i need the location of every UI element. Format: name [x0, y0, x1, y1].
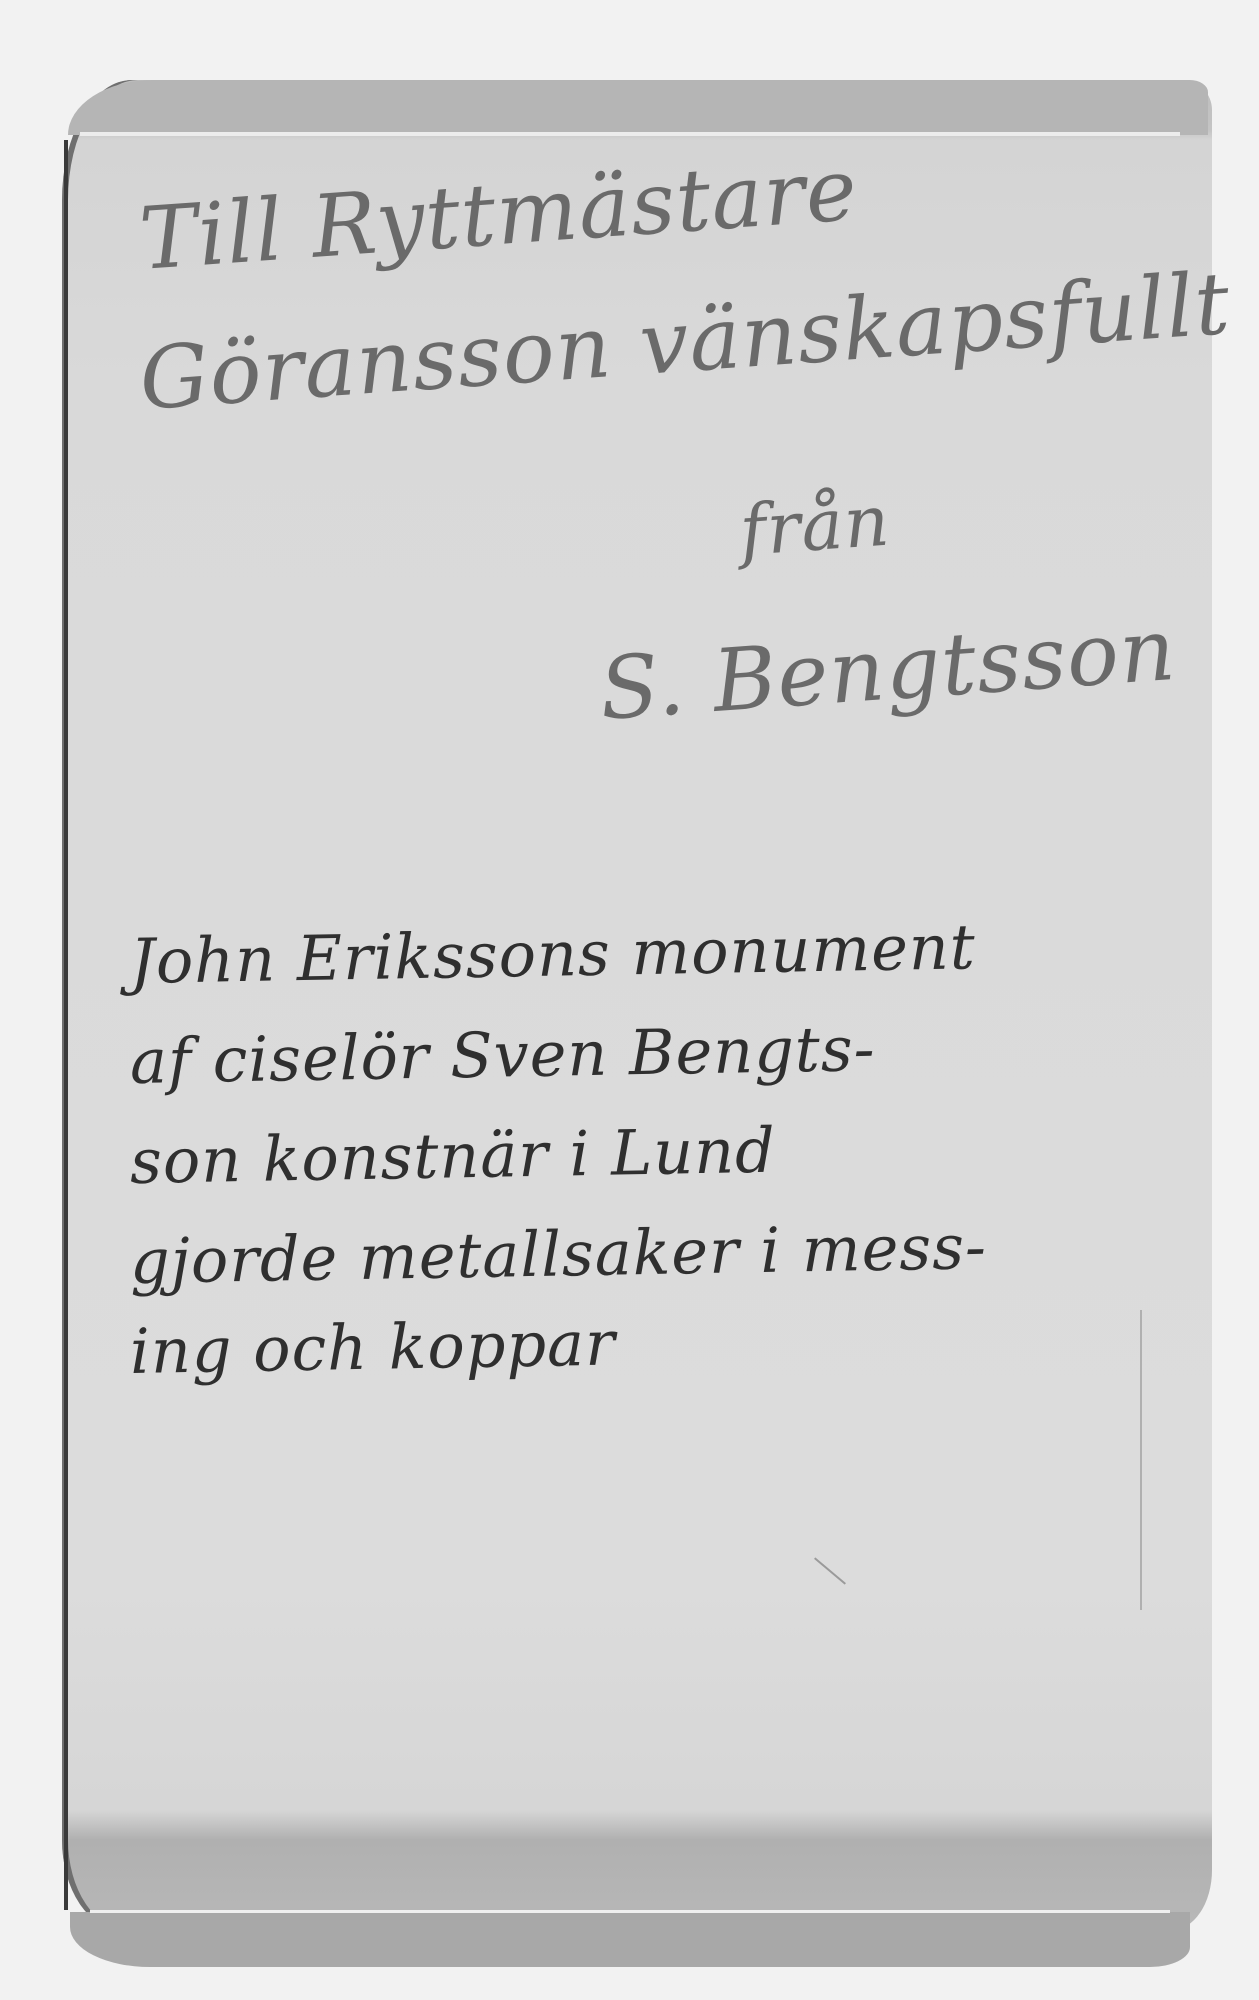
dedication-line-3: från: [737, 480, 893, 572]
card-top-highlight: [80, 132, 1180, 136]
card-bottom-highlight: [90, 1910, 1170, 1913]
note-line-1: John Erikssons monument: [129, 910, 976, 998]
card-top-edge: [68, 80, 1208, 135]
note-line-5: ing och koppar: [129, 1307, 616, 1388]
note-line-2: af ciselör Sven Bengts-: [129, 1012, 876, 1098]
scanned-card-back: Till Ryttmästare Göransson vänskapsfullt…: [0, 0, 1259, 2000]
card-bottom-edge: [70, 1912, 1190, 1967]
note-line-3: son konstnär i Lund: [129, 1114, 776, 1198]
card-left-edge: [64, 140, 68, 1910]
note-line-4: gjorde metallsaker i mess-: [129, 1210, 987, 1298]
paper-crease: [1140, 1310, 1142, 1610]
